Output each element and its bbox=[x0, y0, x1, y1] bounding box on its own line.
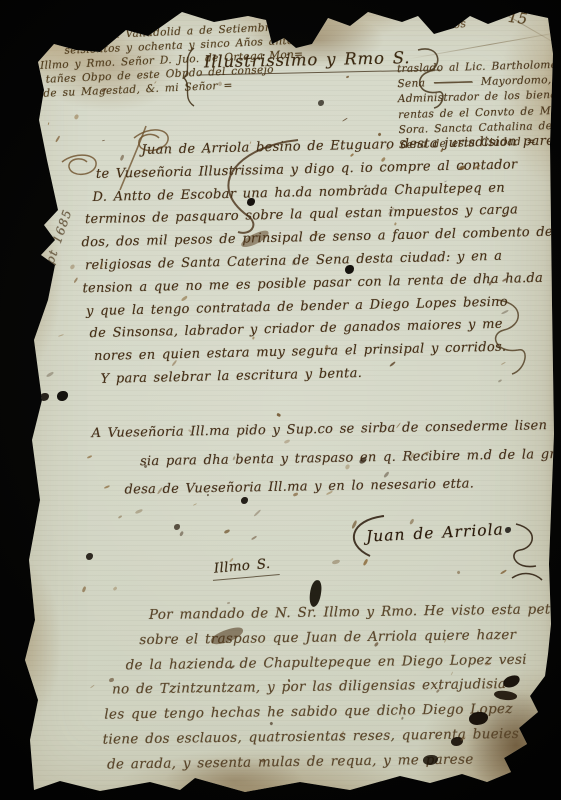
ink-speckle bbox=[118, 515, 122, 518]
heading-brace-flourish bbox=[178, 46, 198, 108]
ink-speckle bbox=[112, 586, 117, 591]
ink-blot bbox=[174, 524, 180, 530]
ink-speckle bbox=[456, 570, 460, 574]
ink-speckle bbox=[90, 685, 95, 689]
ink-speckle bbox=[224, 529, 231, 534]
ink-speckle bbox=[253, 509, 261, 517]
secretary-mark: Illmo S. bbox=[211, 555, 279, 581]
ink-speckle bbox=[58, 334, 64, 337]
ink-speckle bbox=[135, 509, 143, 515]
ink-speckle bbox=[82, 586, 87, 592]
folio-number: 15 bbox=[507, 8, 529, 28]
manuscript-page: da en Valladolid a de Setiembre de seisi… bbox=[14, 4, 554, 796]
ink-blot bbox=[40, 393, 49, 401]
ink-blot bbox=[86, 553, 93, 560]
note-text: Mayordomo, y bbox=[481, 74, 561, 88]
note-text: Sena bbox=[397, 78, 425, 91]
ink-speckle bbox=[179, 531, 185, 537]
ink-speckle bbox=[343, 117, 349, 122]
ink-speckle bbox=[346, 75, 349, 77]
ink-blot bbox=[57, 391, 68, 401]
petition-closing: A Vueseñoria Ill.ma pido y Sup.co se sir… bbox=[91, 412, 561, 506]
struck-text: ———— bbox=[434, 76, 473, 89]
signature-rubric bbox=[506, 520, 546, 582]
ink-speckle bbox=[251, 536, 257, 540]
photo-background: da en Valladolid a de Setiembre de seisi… bbox=[0, 0, 561, 800]
ink-blot bbox=[318, 100, 324, 106]
ink-speckle bbox=[46, 371, 54, 377]
folio-word: dos bbox=[445, 17, 466, 32]
ink-speckle bbox=[332, 559, 340, 564]
petition-body: Juan de Arriola besino de Etuguaro desta… bbox=[69, 131, 559, 393]
ink-speckle bbox=[73, 114, 79, 120]
decree-text: Por mandado de N. Sr. Illmo y Rmo. He vi… bbox=[143, 597, 561, 777]
